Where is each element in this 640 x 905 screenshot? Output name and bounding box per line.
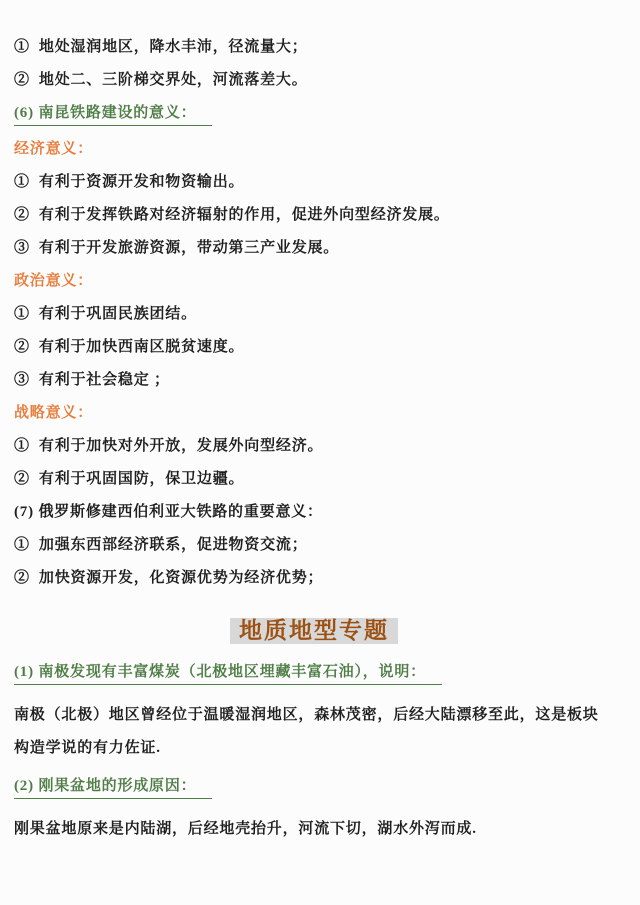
text-line: ② 有利于加快西南区脱贫速度。 [14,338,614,357]
text-line: 南极（北极）地区曾经位于温暖湿润地区，森林茂密，后经大陆漂移至此，这是板块构造学… [14,699,614,765]
text: ③ 有利于开发旅游资源，带动第三产业发展。 [14,240,339,256]
text-line: ① 有利于加快对外开放，发展外向型经济。 [14,437,614,456]
text: ② 加快资源开发，化资源优势为经济优势； [14,570,323,586]
text: ② 有利于发挥铁路对经济辐射的作用，促进外向型经济发展。 [14,207,450,223]
text: ① 有利于资源开发和物资输出。 [14,174,244,190]
text: ② 地处二、三阶梯交界处，河流落差大。 [14,72,308,88]
text-line: ② 有利于发挥铁路对经济辐射的作用，促进外向型经济发展。 [14,206,614,225]
text: ② 有利于加快西南区脱贫速度。 [14,339,244,355]
text: (6) 南昆铁路建设的意义： [14,104,212,126]
orange-heading-line: 战略意义： [14,404,614,423]
text-line: ① 有利于巩固民族团结。 [14,305,614,324]
green-heading-line: (2) 刚果盆地的形成原因： [14,777,614,799]
text: 刚果盆地原来是内陆湖，后经地壳抬升，河流下切，湖水外泻而成. [14,821,477,837]
text: (2) 刚果盆地的形成原因： [14,777,212,799]
text-line: ③ 有利于开发旅游资源，带动第三产业发展。 [14,239,614,258]
text-line: ② 地处二、三阶梯交界处，河流落差大。 [14,71,614,90]
section-title: 地质地型专题 [14,618,614,644]
green-heading-line: (1) 南极发现有丰富煤炭（北极地区埋藏丰富石油），说明： [14,663,614,685]
text-line: ① 有利于资源开发和物资输出。 [14,173,614,192]
text: 经济意义： [14,141,93,157]
text: ② 有利于巩固国防，保卫边疆。 [14,471,244,487]
text: 地质地型专题 [230,618,398,644]
text: 战略意义： [14,405,93,421]
text: ① 有利于加快对外开放，发展外向型经济。 [14,438,323,454]
text-line: (7) 俄罗斯修建西伯利亚大铁路的重要意义： [14,503,614,522]
text: (7) 俄罗斯修建西伯利亚大铁路的重要意义： [14,504,323,520]
text-line: ② 加快资源开发，化资源优势为经济优势； [14,569,614,588]
text-line: ③ 有利于社会稳定 ； [14,371,614,390]
text: ① 有利于巩固民族团结。 [14,306,197,322]
green-heading-line: (6) 南昆铁路建设的意义： [14,104,614,126]
text: ① 地处湿润地区，降水丰沛，径流量大； [14,39,308,55]
text-line: ① 加强东西部经济联系，促进物资交流； [14,536,614,555]
document-page: ① 地处湿润地区，降水丰沛，径流量大；② 地处二、三阶梯交界处，河流落差大。(6… [0,0,640,905]
text: ① 加强东西部经济联系，促进物资交流； [14,537,308,553]
text: (1) 南极发现有丰富煤炭（北极地区埋藏丰富石油），说明： [14,663,442,685]
text-line: 刚果盆地原来是内陆湖，后经地壳抬升，河流下切，湖水外泻而成. [14,813,614,846]
orange-heading-line: 经济意义： [14,140,614,159]
text: 南极（北极）地区曾经位于温暖湿润地区，森林茂密，后经大陆漂移至此，这是板块构造学… [14,707,599,756]
text: 政治意义： [14,273,93,289]
text-line: ① 地处湿润地区，降水丰沛，径流量大； [14,38,614,57]
orange-heading-line: 政治意义： [14,272,614,291]
text-line: ② 有利于巩固国防，保卫边疆。 [14,470,614,489]
text: ③ 有利于社会稳定 ； [14,372,170,388]
